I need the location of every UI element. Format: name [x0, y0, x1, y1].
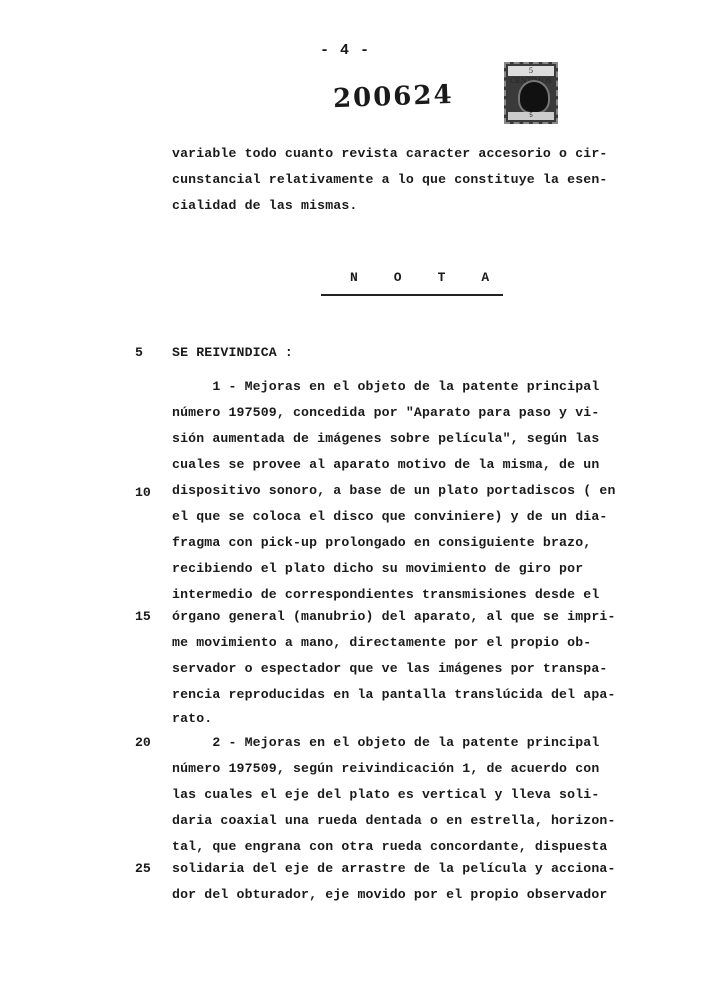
section-title: NOTA	[350, 270, 525, 285]
claim-line: recibiendo el plato dicho su movimiento …	[172, 561, 583, 576]
claim-line: rencia reproducidas en la pantalla trans…	[172, 687, 616, 702]
line-number: 5	[135, 345, 143, 360]
claim-line: daria coaxial una rueda dentada o en est…	[172, 813, 616, 828]
claim-line: 1 - Mejoras en el objeto de la patente p…	[172, 379, 599, 394]
claim-line: fragma con pick-up prolongado en consigu…	[172, 535, 591, 550]
intro-line: variable todo cuanto revista caracter ac…	[172, 146, 607, 161]
claim-line: dispositivo sonoro, a base de un plato p…	[172, 483, 616, 498]
claim-line: me movimiento a mano, directamente por e…	[172, 635, 591, 650]
stamp-denomination: 5	[508, 112, 554, 120]
coat-of-arms-icon	[518, 80, 550, 114]
stamp-value-label: 5 CENTIMOS	[508, 66, 554, 76]
claim-line: número 197509, según reivindicación 1, d…	[172, 761, 599, 776]
claim-line: rato.	[172, 711, 212, 726]
claim-line: 2 - Mejoras en el objeto de la patente p…	[172, 735, 599, 750]
line-number: 20	[135, 735, 151, 750]
claim-line: número 197509, concedida por "Aparato pa…	[172, 405, 599, 420]
claim-line: servador o espectador que ve las imágene…	[172, 661, 607, 676]
intro-line: cunstancial relativamente a lo que const…	[172, 172, 607, 187]
claim-line: las cuales el eje del plato es vertical …	[172, 787, 599, 802]
line-number: 15	[135, 609, 151, 624]
claims-heading: SE REIVINDICA :	[172, 345, 293, 360]
claim-line: tal, que engrana con otra rueda concorda…	[172, 839, 607, 854]
section-title-underline	[321, 294, 503, 296]
revenue-stamp-icon: 5 CENTIMOS 5	[504, 62, 558, 124]
claim-line: el que se coloca el disco que conviniere…	[172, 509, 607, 524]
claim-line: cuales se provee al aparato motivo de la…	[172, 457, 599, 472]
page-number: - 4 -	[320, 42, 370, 59]
claim-line: dor del obturador, eje movido por el pro…	[172, 887, 607, 902]
intro-line: cialidad de las mismas.	[172, 198, 357, 213]
line-number: 10	[135, 485, 151, 500]
claim-line: solidaria del eje de arrastre de la pelí…	[172, 861, 616, 876]
claim-line: sión aumentada de imágenes sobre películ…	[172, 431, 599, 446]
claim-line: órgano general (manubrio) del aparato, a…	[172, 609, 616, 624]
claim-line: intermedio de correspondientes transmisi…	[172, 587, 599, 602]
document-number: 200624	[333, 80, 455, 114]
line-number: 25	[135, 861, 151, 876]
